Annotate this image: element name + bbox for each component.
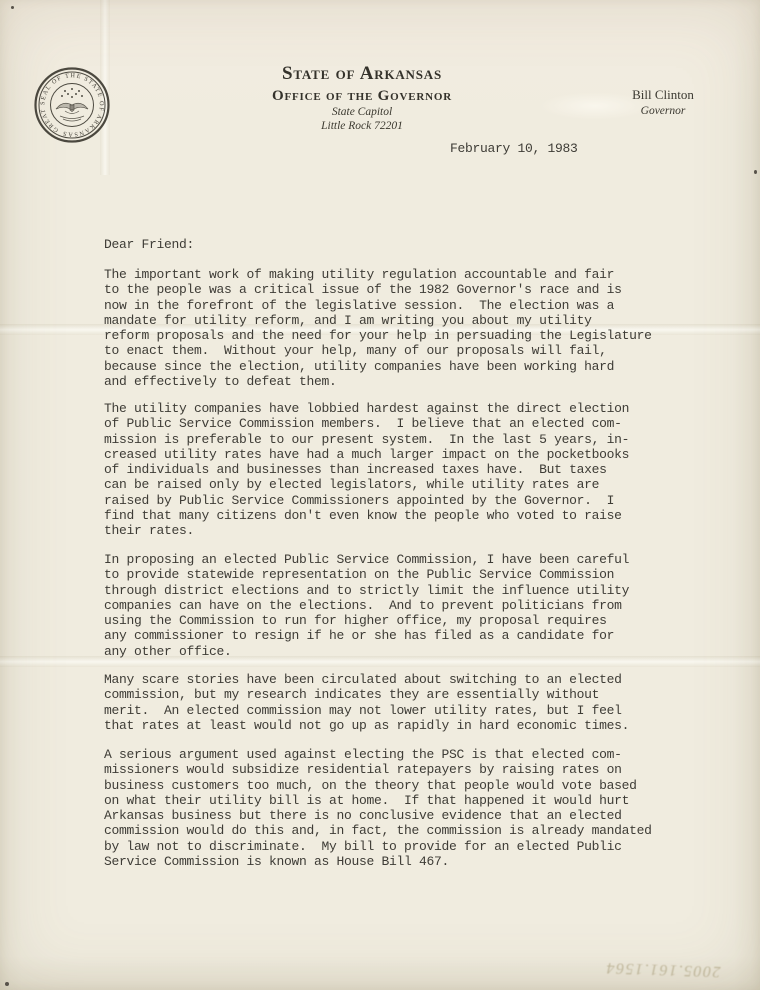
scanned-letter-page: GREAT SEAL OF THE STATE OF ARKANSAS Stat…	[0, 0, 760, 990]
accession-number-handwriting: 2005.161.1564	[588, 949, 739, 980]
letterhead-address-line1: State Capitol	[162, 106, 562, 119]
scan-speck	[11, 6, 14, 9]
paragraph-1: The important work of making utility reg…	[104, 267, 652, 389]
seal-eagle-emblem	[56, 88, 88, 121]
salutation: Dear Friend:	[104, 237, 194, 252]
state-seal-icon: GREAT SEAL OF THE STATE OF ARKANSAS	[32, 64, 112, 146]
paragraph-2: The utility companies have lobbied harde…	[104, 401, 629, 539]
letterhead-office-name: Office of the Governor	[162, 87, 562, 105]
official-name: Bill Clinton	[602, 87, 724, 102]
paragraph-5: A serious argument used against electing…	[104, 747, 652, 869]
official-title: Governor	[602, 104, 724, 118]
letterhead-center: State of Arkansas Office of the Governor…	[162, 63, 562, 133]
letterhead-address-line2: Little Rock 72201	[162, 120, 562, 133]
paragraph-4: Many scare stories have been circulated …	[104, 672, 629, 733]
paragraph-3: In proposing an elected Public Service C…	[104, 552, 629, 659]
letter-date: February 10, 1983	[450, 141, 578, 156]
letterhead-official: Bill Clinton Governor	[602, 87, 724, 118]
scan-speck	[5, 982, 9, 986]
letterhead-state-name: State of Arkansas	[162, 63, 562, 85]
scan-speck	[754, 170, 757, 174]
